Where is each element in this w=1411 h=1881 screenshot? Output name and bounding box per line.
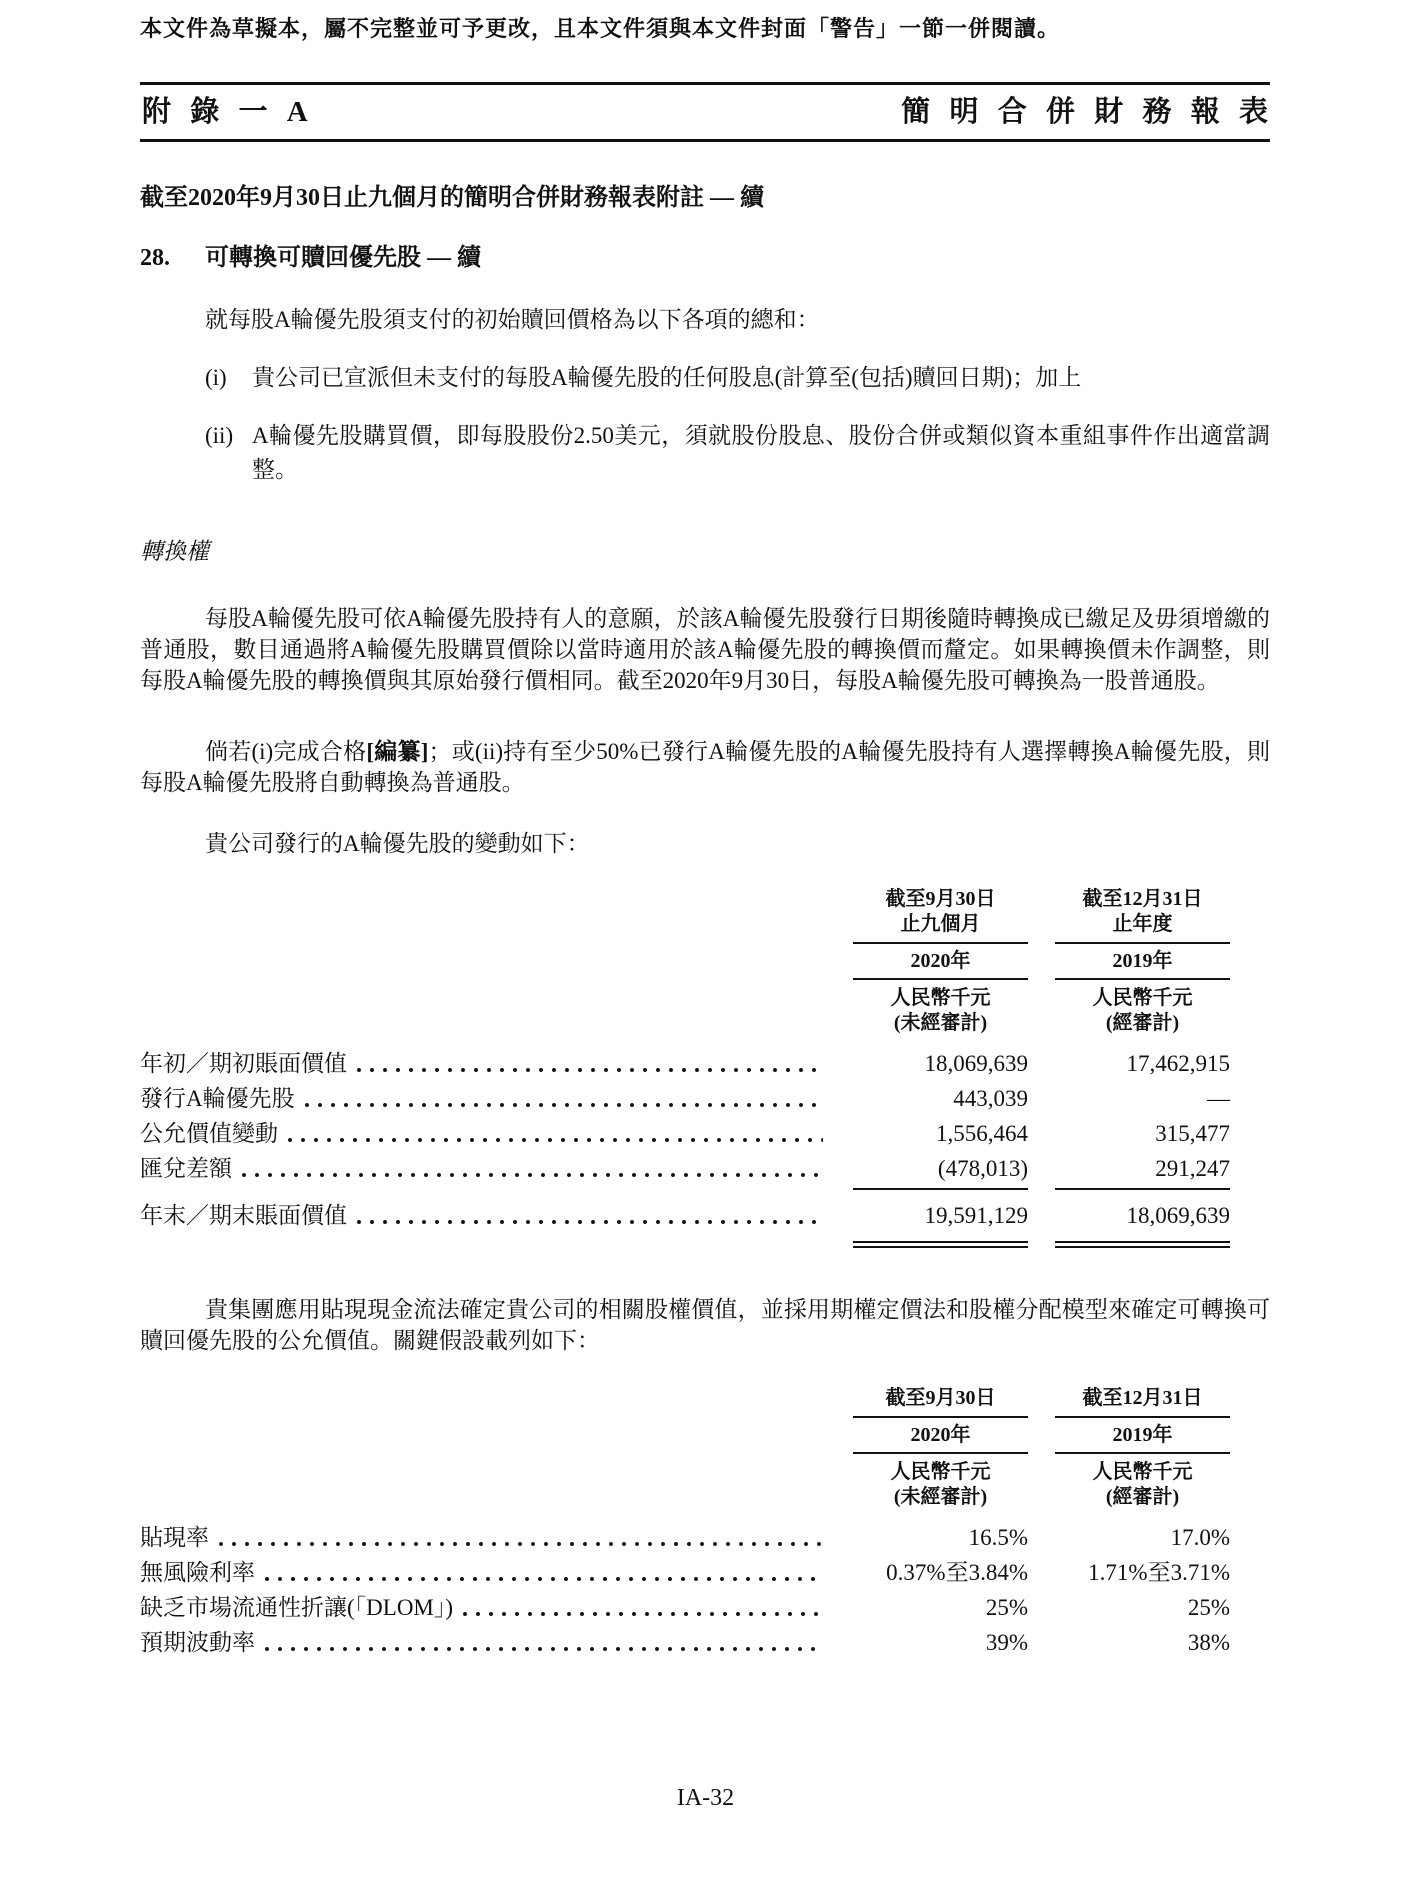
period-header: 截至12月31日 止年度 [1055,887,1230,944]
conversion-paragraph: 每股A輪優先股可依A輪優先股持有人的意願，於該A輪優先股發行日期後隨時轉換成已繳… [140,603,1270,696]
auto-conversion-paragraph: 倘若(i)完成合格[編纂]；或(ii)持有至少50%已發行A輪優先股的A輪優先股… [140,736,1270,798]
page-header-band: 附 錄 一 A 簡 明 合 併 財 務 報 表 [140,82,1270,142]
table-body: 貼現率 16.5% 17.0% 無風險利率 0.37%至3.84% 1.71%至… [140,1510,1230,1660]
table-row: 貼現率 16.5% 17.0% [140,1520,1230,1555]
table-header: 截至9月30日 止九個月 2020年 人民幣千元 (未經審計) 截至12月31日… [140,887,1230,1036]
table-row: 缺乏市場流通性折讓(「DLOM」) 25% 25% [140,1590,1230,1625]
unit-header: 人民幣千元 (未經審計) [853,980,1028,1036]
year-header: 2020年 [853,1418,1028,1454]
dot-leader [357,1220,823,1224]
year-header: 2020年 [853,944,1028,980]
appendix-title: 附 錄 一 A [142,94,314,130]
period-header: 截至9月30日 止九個月 [853,887,1028,944]
table-header: 截至9月30日 2020年 人民幣千元 (未經審計) 截至12月31日 2019… [140,1386,1230,1510]
table-row: 預期波動率 39% 38% [140,1625,1230,1660]
table-body: 年初／期初賬面價值 18,069,639 17,462,915 發行A輪優先股 … [140,1036,1230,1248]
dot-leader [265,1647,823,1651]
list-item-text: 貴公司已宣派但未支付的每股A輪優先股的任何股息(計算至(包括)贖回日期)；加上 [252,361,1270,395]
unit-header: 人民幣千元 (經審計) [1055,1454,1230,1510]
list-item-ii: (ii) A輪優先股購買價，即每股股份2.50美元，須就股份股息、股份合併或類似… [205,419,1270,487]
auto-conversion-prefix: 倘若(i)完成合格 [205,739,366,764]
dot-leader [463,1612,823,1616]
dot-leader [305,1103,823,1107]
document-page: 本文件為草擬本，屬不完整並可予更改，且本文件須與本文件封面「警告」一節一併閱讀。… [0,0,1411,1881]
redacted-marker: [編纂] [366,739,428,764]
dot-leader [357,1068,823,1072]
period-header: 截至9月30日 [853,1386,1028,1418]
column-header-2019: 截至12月31日 2019年 人民幣千元 (經審計) [1055,1386,1230,1510]
preferred-shares-movements-table: 截至9月30日 止九個月 2020年 人民幣千元 (未經審計) 截至12月31日… [140,887,1230,1248]
year-header: 2019年 [1055,944,1230,980]
draft-warning-notice: 本文件為草擬本，屬不完整並可予更改，且本文件須與本文件封面「警告」一節一併閱讀。 [140,14,1270,44]
year-header: 2019年 [1055,1418,1230,1454]
column-header-2020: 截至9月30日 止九個月 2020年 人民幣千元 (未經審計) [853,887,1028,1036]
section-title: 簡 明 合 併 財 務 報 表 [901,94,1274,130]
page-number: IA-32 [0,1785,1411,1812]
column-header-2020: 截至9月30日 2020年 人民幣千元 (未經審計) [853,1386,1028,1510]
total-double-rule [140,1241,1230,1248]
statements-subtitle: 截至2020年9月30日止九個月的簡明合併財務報表附註 — 續 [140,182,1270,214]
key-assumptions-table: 截至9月30日 2020年 人民幣千元 (未經審計) 截至12月31日 2019… [140,1386,1230,1660]
dot-leader [219,1542,823,1546]
note-heading: 28. 可轉換可贖回優先股 — 續 [140,242,1270,274]
unit-header: 人民幣千元 (經審計) [1055,980,1230,1036]
table-row: 年初／期初賬面價值 18,069,639 17,462,915 [140,1046,1230,1081]
valuation-paragraph: 貴集團應用貼現現金流法確定貴公司的相關股權價值，並採用期權定價法和股權分配模型來… [140,1294,1270,1356]
list-item-text: A輪優先股購買價，即每股股份2.50美元，須就股份股息、股份合併或類似資本重組事… [252,419,1270,487]
list-marker: (i) [205,361,252,395]
dot-leader [288,1138,823,1142]
table-row: 匯兌差額 (478,013) 291,247 [140,1151,1230,1186]
dot-leader [242,1173,823,1177]
unit-header: 人民幣千元 (未經審計) [853,1454,1028,1510]
header-spacer [140,887,853,1036]
dot-leader [265,1577,823,1581]
column-header-2019: 截至12月31日 止年度 2019年 人民幣千元 (經審計) [1055,887,1230,1036]
conversion-rights-heading: 轉換權 [140,537,1270,567]
table-total-row: 年末／期末賬面價值 19,591,129 18,069,639 [140,1188,1230,1233]
list-marker: (ii) [205,419,252,487]
table-row: 無風險利率 0.37%至3.84% 1.71%至3.71% [140,1555,1230,1590]
note-number: 28. [140,242,205,274]
period-header: 截至12月31日 [1055,1386,1230,1418]
header-spacer [140,1386,853,1510]
table-row: 發行A輪優先股 443,039 — [140,1081,1230,1116]
note-title: 可轉換可贖回優先股 — 續 [205,242,481,274]
redemption-intro-paragraph: 就每股A輪優先股須支付的初始贖回價格為以下各項的總和： [140,304,1270,335]
movements-lead-paragraph: 貴公司發行的A輪優先股的變動如下： [140,828,1270,859]
list-item-i: (i) 貴公司已宣派但未支付的每股A輪優先股的任何股息(計算至(包括)贖回日期)… [205,361,1270,395]
table-row: 公允價值變動 1,556,464 315,477 [140,1116,1230,1151]
